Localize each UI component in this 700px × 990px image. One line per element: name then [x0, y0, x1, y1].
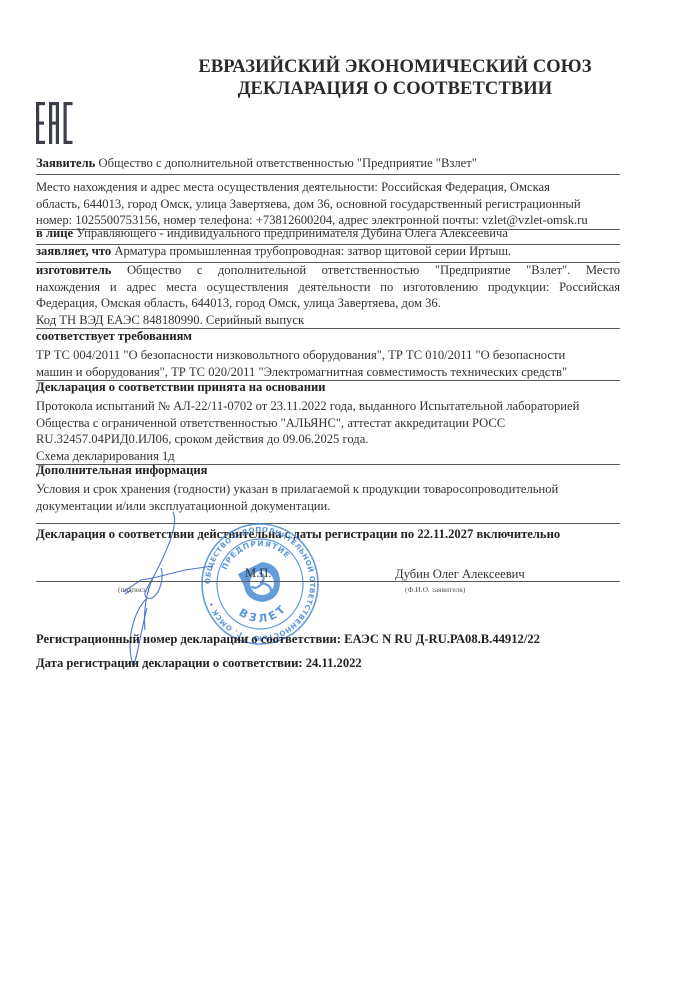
registration-date: Дата регистрации декларации о соответств…	[36, 655, 620, 672]
manufacturer-block: изготовитель Общество с дополнительной о…	[36, 262, 620, 328]
requirements-block: ТР ТС 004/2011 "О безопасности низковоль…	[36, 347, 620, 380]
divider	[36, 174, 620, 175]
representative-row: в лице Управляющего - индивидуального пр…	[36, 225, 620, 242]
union-title: ЕВРАЗИЙСКИЙ ЭКОНОМИЧЕСКИЙ СОЮЗ	[45, 57, 700, 78]
declares-row: заявляет, что Арматура промышленная труб…	[36, 243, 620, 260]
basis-line: Общества с ограниченной ответственностью…	[36, 415, 620, 432]
document-title: ДЕКЛАРАЦИЯ О СООТВЕТСТВИИ	[45, 79, 700, 100]
representative-label: в лице	[36, 226, 73, 240]
applicant-value: Общество с дополнительной ответственност…	[95, 156, 477, 170]
eac-mark-icon	[35, 102, 75, 144]
basis-line: Протокола испытаний № АЛ-22/11-0702 от 2…	[36, 398, 620, 415]
name-caption: (Ф.И.О. заявителя)	[405, 585, 465, 594]
applicant-label: Заявитель	[36, 156, 95, 170]
manufacturer-line: Федерация, Омская область, 644013, город…	[36, 295, 620, 312]
company-stamp-icon: ОБЩЕСТВО С ДОПОЛНИТЕЛЬНОЙ ОТВЕТСТВЕННОСТ…	[200, 522, 320, 646]
declares-value: Арматура промышленная трубопроводная: за…	[111, 244, 511, 258]
requirement-line: машин и оборудования", ТР ТС 020/2011 "Э…	[36, 364, 620, 381]
signature-caption: (подпись)	[118, 585, 149, 594]
manufacturer-line: изготовитель Общество с дополнительной о…	[36, 262, 620, 279]
additional-line: Условия и срок хранения (годности) указа…	[36, 481, 620, 498]
registration-number: Регистрационный номер декларации о соотв…	[36, 631, 620, 648]
representative-value: Управляющего - индивидуального предприни…	[73, 226, 508, 240]
basis-line: RU.32457.04РИД0.ИЛ06, сроком действия до…	[36, 431, 620, 448]
address-line: Место нахождения и адрес места осуществл…	[36, 179, 620, 196]
requirement-line: ТР ТС 004/2011 "О безопасности низковоль…	[36, 347, 620, 364]
manufacturer-line: нахождения и адрес места осуществления д…	[36, 279, 620, 296]
address-line: область, 644013, город Омск, улица Завер…	[36, 196, 620, 213]
seal-placeholder: М.П.	[245, 566, 271, 581]
applicant-row: Заявитель Общество с дополнительной отве…	[36, 155, 620, 172]
signature-line	[36, 581, 620, 582]
basis-block: Протокола испытаний № АЛ-22/11-0702 от 2…	[36, 398, 620, 464]
svg-text:ВЗЛЕТ: ВЗЛЕТ	[237, 601, 290, 625]
additional-heading: Дополнительная информация	[36, 462, 620, 479]
basis-heading: Декларация о соответствии принята на осн…	[36, 379, 620, 396]
address-block: Место нахождения и адрес места осуществл…	[36, 179, 620, 229]
tnved-code: Код ТН ВЭД ЕАЭС 848180990. Серийный выпу…	[36, 312, 620, 329]
requirements-heading: соответствует требованиям	[36, 328, 620, 345]
manufacturer-label: изготовитель	[36, 263, 111, 277]
declares-label: заявляет, что	[36, 244, 111, 258]
